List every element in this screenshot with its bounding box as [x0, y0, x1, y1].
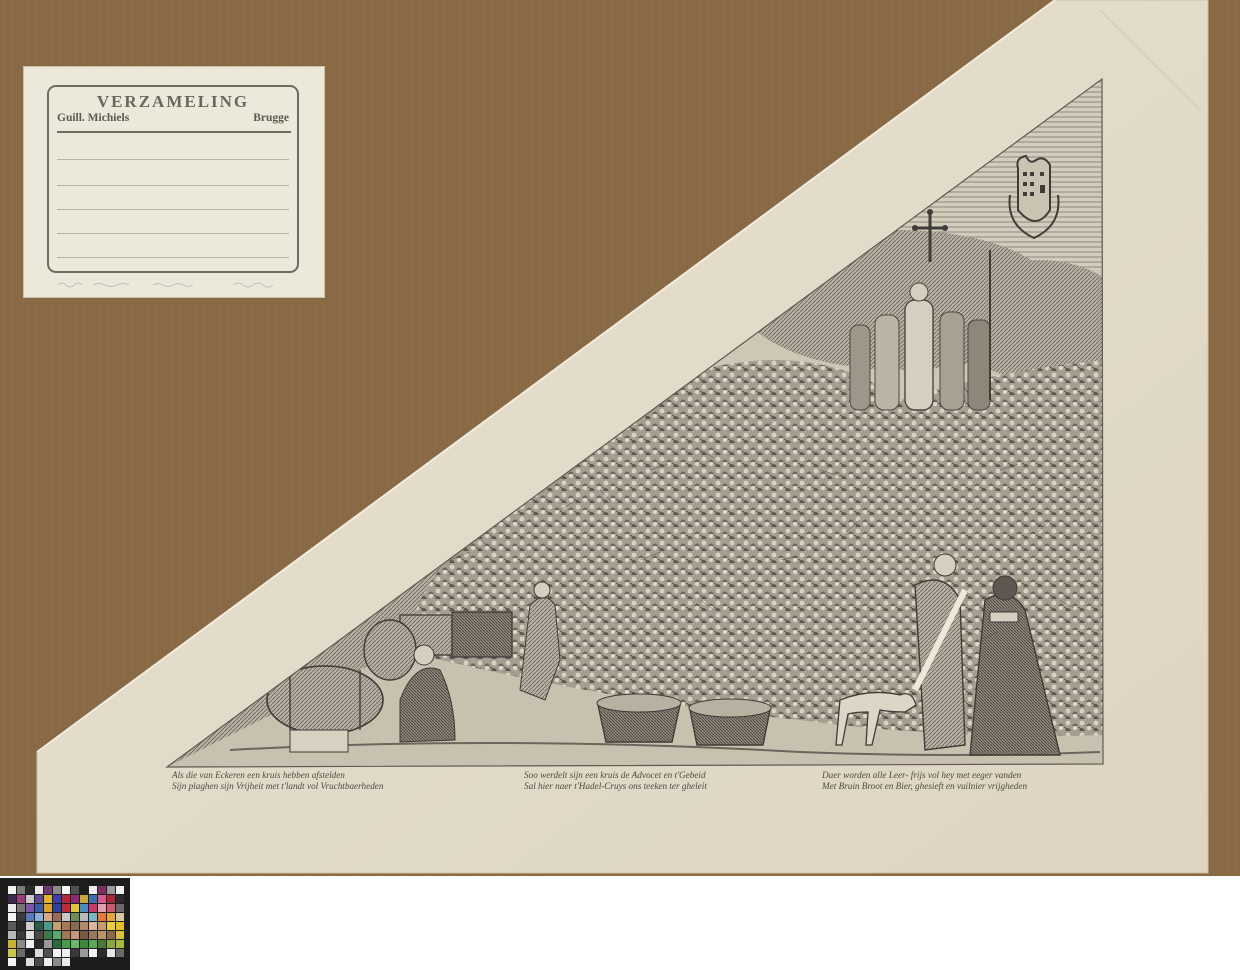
- label-frame: VERZAMELING Guill. Michiels Brugge: [47, 85, 299, 273]
- color-swatch: [8, 949, 16, 957]
- color-swatch: [17, 886, 25, 894]
- color-swatch: [35, 931, 43, 939]
- pencil-annotation: [53, 279, 303, 289]
- color-swatch: [53, 886, 61, 894]
- color-swatch: [8, 940, 16, 948]
- color-swatch: [17, 931, 25, 939]
- caption-center: Soo werdelt sijn een kruis de Advocet en…: [524, 770, 707, 791]
- color-swatch: [62, 940, 70, 948]
- color-swatch: [98, 940, 106, 948]
- label-rule: [57, 131, 291, 133]
- color-swatch: [62, 886, 70, 894]
- color-swatch: [17, 913, 25, 921]
- color-swatch: [44, 895, 52, 903]
- color-swatch: [26, 913, 34, 921]
- color-swatch: [89, 913, 97, 921]
- color-swatch: [98, 949, 106, 957]
- crate: [452, 612, 512, 657]
- color-swatch: [44, 931, 52, 939]
- label-blank-line: [57, 209, 289, 210]
- color-swatch: [116, 913, 124, 921]
- color-swatch: [116, 886, 124, 894]
- color-swatch: [62, 922, 70, 930]
- label-blank-line: [57, 257, 289, 258]
- color-swatch: [116, 895, 124, 903]
- color-swatch: [44, 949, 52, 957]
- color-swatch: [53, 949, 61, 957]
- color-swatch: [26, 895, 34, 903]
- color-swatch: [80, 886, 88, 894]
- color-swatch: [89, 940, 97, 948]
- color-swatch: [71, 922, 79, 930]
- collection-label: VERZAMELING Guill. Michiels Brugge: [23, 66, 325, 298]
- color-swatch: [107, 895, 115, 903]
- label-blank-line: [57, 159, 289, 160]
- color-swatch: [62, 931, 70, 939]
- color-swatch: [17, 958, 25, 966]
- color-swatch: [98, 895, 106, 903]
- caption-center-line2: Sal hier naer t'Hadel-Cruys ons teeken t…: [524, 781, 707, 792]
- color-swatch: [26, 886, 34, 894]
- color-swatch: [53, 940, 61, 948]
- color-swatch: [26, 958, 34, 966]
- color-swatch: [116, 949, 124, 957]
- color-swatch: [107, 913, 115, 921]
- color-swatch: [53, 913, 61, 921]
- color-swatch: [17, 922, 25, 930]
- color-swatch: [98, 931, 106, 939]
- color-swatch: [98, 886, 106, 894]
- color-swatch: [53, 922, 61, 930]
- caption-left: Als die van Eckeren een kruis hebben afs…: [172, 770, 383, 791]
- caption-left-line1: Als die van Eckeren een kruis hebben afs…: [172, 770, 383, 781]
- color-swatch: [62, 958, 70, 966]
- color-swatch: [62, 913, 70, 921]
- label-city: Brugge: [253, 112, 289, 124]
- color-swatch: [80, 931, 88, 939]
- color-swatch: [62, 904, 70, 912]
- color-swatch: [71, 886, 79, 894]
- color-swatch: [26, 922, 34, 930]
- label-blank-line: [57, 233, 289, 234]
- caption-right-line2: Met Bruin Broot en Bier, ghesieft en vui…: [822, 781, 1027, 792]
- color-swatch: [89, 949, 97, 957]
- color-swatch: [80, 949, 88, 957]
- color-swatch: [107, 931, 115, 939]
- color-swatch: [35, 886, 43, 894]
- caption-center-line1: Soo werdelt sijn een kruis de Advocet en…: [524, 770, 707, 781]
- color-swatch: [26, 940, 34, 948]
- color-swatch: [17, 949, 25, 957]
- color-calibration-chart: [0, 878, 130, 970]
- color-swatch: [44, 958, 52, 966]
- color-swatch: [107, 940, 115, 948]
- color-swatch: [53, 931, 61, 939]
- color-swatch: [35, 913, 43, 921]
- color-swatch: [71, 949, 79, 957]
- color-swatch: [17, 940, 25, 948]
- color-swatch: [8, 931, 16, 939]
- color-swatch: [8, 958, 16, 966]
- color-swatch: [35, 949, 43, 957]
- color-swatch: [71, 931, 79, 939]
- label-blank-line: [57, 185, 289, 186]
- color-swatch: [44, 940, 52, 948]
- color-swatch: [8, 886, 16, 894]
- caption-right: Daer worden alle Leer- frijs vol hey met…: [822, 770, 1027, 791]
- label-owner: Guill. Michiels: [57, 112, 129, 124]
- scan-stage: VERZAMELING Guill. Michiels Brugge Als d…: [0, 0, 1240, 970]
- color-swatch: [107, 886, 115, 894]
- swatch-grid: [8, 886, 124, 966]
- color-swatch: [44, 886, 52, 894]
- caption-right-line1: Daer worden alle Leer- frijs vol hey met…: [822, 770, 1027, 781]
- color-swatch: [35, 904, 43, 912]
- color-swatch: [53, 904, 61, 912]
- color-swatch: [116, 940, 124, 948]
- color-swatch: [89, 931, 97, 939]
- color-swatch: [80, 913, 88, 921]
- color-swatch: [80, 904, 88, 912]
- color-swatch: [26, 931, 34, 939]
- color-swatch: [71, 904, 79, 912]
- color-swatch: [89, 922, 97, 930]
- color-swatch: [71, 940, 79, 948]
- color-swatch: [98, 904, 106, 912]
- color-swatch: [116, 922, 124, 930]
- color-swatch: [80, 940, 88, 948]
- color-swatch: [8, 922, 16, 930]
- color-swatch: [8, 895, 16, 903]
- caption-left-line2: Sijn plaghen sijn Vrijheit met t'landt v…: [172, 781, 383, 792]
- color-swatch: [116, 904, 124, 912]
- color-swatch: [44, 922, 52, 930]
- color-swatch: [107, 904, 115, 912]
- color-swatch: [116, 931, 124, 939]
- color-swatch: [107, 949, 115, 957]
- color-swatch: [35, 958, 43, 966]
- color-swatch: [26, 904, 34, 912]
- label-title: VERZAMELING: [49, 92, 297, 112]
- color-swatch: [80, 895, 88, 903]
- color-swatch: [35, 922, 43, 930]
- color-swatch: [62, 895, 70, 903]
- color-swatch: [17, 895, 25, 903]
- color-swatch: [89, 886, 97, 894]
- color-swatch: [8, 904, 16, 912]
- color-swatch: [89, 895, 97, 903]
- color-swatch: [89, 904, 97, 912]
- color-swatch: [98, 913, 106, 921]
- color-swatch: [53, 958, 61, 966]
- color-swatch: [44, 913, 52, 921]
- color-swatch: [35, 940, 43, 948]
- color-swatch: [26, 949, 34, 957]
- color-swatch: [71, 895, 79, 903]
- color-swatch: [17, 904, 25, 912]
- color-swatch: [35, 895, 43, 903]
- color-swatch: [8, 913, 16, 921]
- color-swatch: [98, 922, 106, 930]
- color-swatch: [107, 922, 115, 930]
- color-swatch: [44, 904, 52, 912]
- color-swatch: [80, 922, 88, 930]
- color-swatch: [53, 895, 61, 903]
- color-swatch: [62, 949, 70, 957]
- color-swatch: [71, 913, 79, 921]
